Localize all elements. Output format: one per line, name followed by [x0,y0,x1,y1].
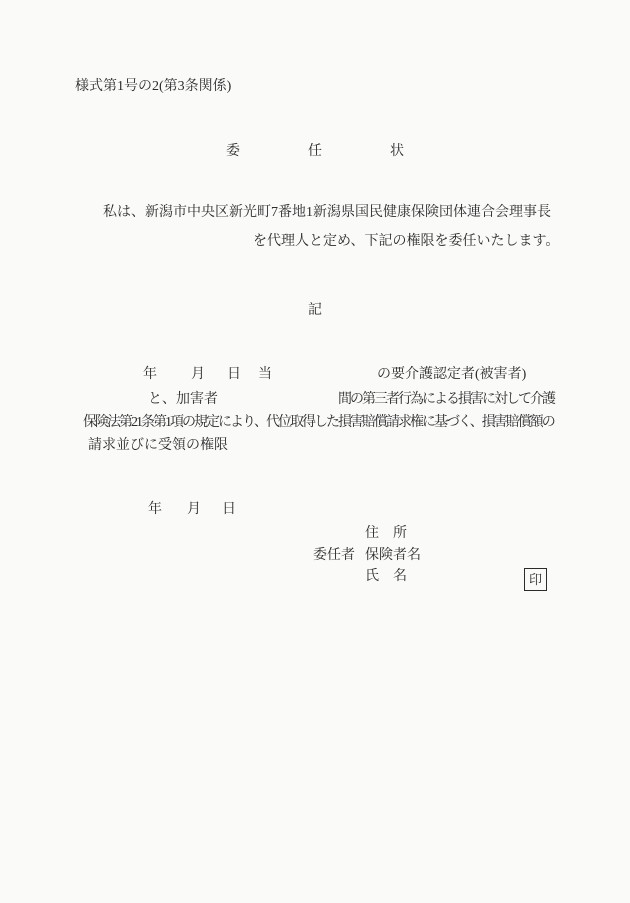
terms-line-4: 請求並びに受領の権限 [0,438,630,456]
date-month-label: 月 [187,502,201,519]
name-label: 氏 名 [365,569,407,586]
insurer-name-label: 保険者名 [365,548,421,565]
form-number-line: 様式第1号の2(第3条関係) [0,79,630,97]
terms-line-3: 保険法第21条第1項の規定により、代位取得した損害賠償請求権に基づく、損害賠償額… [0,415,630,433]
ki-marker: 記 [0,303,630,321]
title-char-nin: 任 [308,144,322,161]
intro-line-1-wrap: 私は、新潟市中央区新光町7番地1新潟県国民健康保険団体連合会理事長 [0,205,630,223]
principal-statement: 私は、新潟市中央区新光町7番地1新潟県国民健康保険団体連合会理事長 [103,205,551,222]
date-line: 年 月 日 [0,502,630,520]
signature-address-line: 住 所 [0,526,630,544]
address-label: 住 所 [365,526,407,543]
third-party-clause: 間の第三者行為による損害に対して介護 [338,392,554,409]
form-number: 様式第1号の2(第3条関係) [75,79,231,96]
subrogation-clause: 保険法第21条第1項の規定により、代位取得した損害賠償請求権に基づく、損害賠償額… [83,415,554,432]
seal-box: 印 [524,568,547,591]
document-title: 委 任 状 [0,144,630,161]
year-label: 年 [143,367,157,384]
power-of-attorney-document: 様式第1号の2(第3条関係) 委 任 状 私は、新潟市中央区新光町7番地1新潟県… [0,0,630,903]
terms-line-1: 年 月 日 当 の要介護認定者(被害者) [0,367,630,385]
delegation-statement: を代理人と定め、下記の権限を委任いたします。 [253,234,559,251]
title-char-jo: 状 [390,144,404,161]
month-label: 月 [191,367,205,384]
intro-line-2-wrap: を代理人と定め、下記の権限を委任いたします。 [0,234,630,252]
tou-label: 当 [258,367,272,384]
victim-clause: の要介護認定者(被害者) [377,367,526,384]
date-day-label: 日 [222,502,236,519]
perpetrator-label: と、加害者 [148,392,218,409]
terms-line-2: と、加害者 間の第三者行為による損害に対して介護 [0,392,630,410]
claim-clause: 請求並びに受領の権限 [88,438,228,455]
title-char-i: 委 [226,144,240,161]
day-label: 日 [227,367,241,384]
seal-mark: 印 [529,573,542,586]
signature-delegator-line: 委任者 保険者名 [0,548,630,566]
delegator-label: 委任者 [313,548,355,565]
date-year-label: 年 [148,502,162,519]
